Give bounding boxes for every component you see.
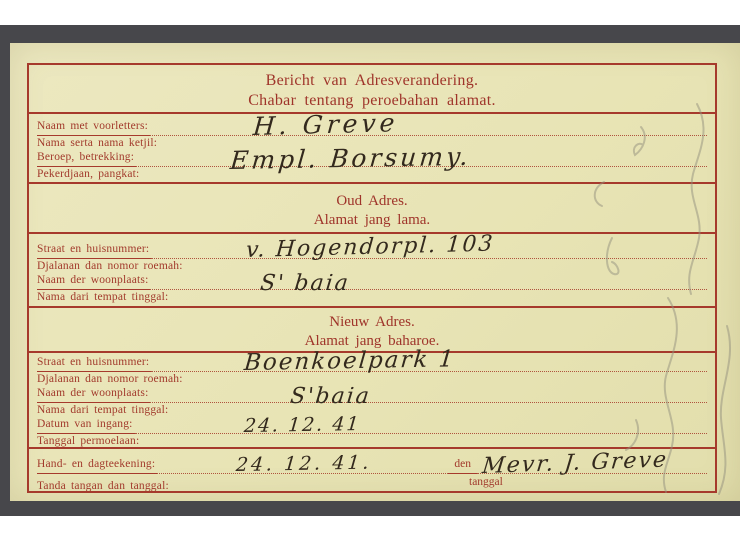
handwritten-signature: Mevr. J. Greve: [481, 447, 669, 479]
label-den: den: [448, 458, 477, 474]
label-old-street-nl: Straat en huisnummer:: [37, 243, 151, 259]
label-old-street-my: Djalanan dan nomor roemah:: [37, 259, 707, 274]
label-old-city-nl: Naam der woonplaats:: [37, 274, 150, 290]
label-signature-nl: Hand- en dagteekening:: [37, 458, 157, 474]
handwritten-old-city: S' baia: [259, 271, 351, 296]
handwritten-occupation: Empl. Borsumy.: [229, 142, 472, 175]
write-line: [150, 274, 707, 290]
handwritten-signature-date: 24. 12. 41.: [235, 452, 373, 476]
label-new-city-nl: Naam der woonplaats:: [37, 387, 150, 403]
label-new-city-my: Nama dari tempat tinggal:: [37, 403, 707, 418]
card-border-frame: Bericht van Adresverandering. Chabar ten…: [27, 63, 717, 493]
identity-section: Naam met voorletters: H. Greve Nama sert…: [29, 114, 715, 184]
label-naam-nl: Naam met voorletters:: [37, 120, 150, 136]
field-new-city: Naam der woonplaats: S'baia Nama dari te…: [37, 387, 707, 418]
old-address-header-my: Alamat jang lama.: [29, 211, 715, 230]
label-beroep-nl: Beroep, betrekking:: [37, 151, 136, 167]
write-line: [150, 120, 707, 136]
label-signature-my: Tanda tangan dan tanggal:: [37, 480, 169, 492]
postcard-scan: Bericht van Adresverandering. Chabar ten…: [10, 43, 740, 501]
handwritten-start-date: 24. 12. 41: [243, 413, 362, 437]
old-address-header: Oud Adres. Alamat jang lama.: [29, 184, 715, 234]
write-line: [150, 387, 707, 403]
new-address-section: Straat en huisnummer: Boenkoelpark 1 Dja…: [29, 353, 715, 449]
old-address-section: Straat en huisnummer: v. Hogendorpl. 103…: [29, 234, 715, 308]
new-address-header: Nieuw Adres. Alamat jang baharoe.: [29, 308, 715, 353]
handwritten-name: H. Greve: [252, 108, 400, 141]
label-start-date-nl: Datum van ingang:: [37, 418, 135, 434]
field-old-city: Naam der woonplaats: S' baia Nama dari t…: [37, 274, 707, 305]
label-start-date-my: Tanggal permoelaan:: [37, 434, 707, 449]
title-dutch: Bericht van Adresverandering.: [29, 71, 715, 91]
write-line: [135, 418, 707, 434]
field-new-street: Straat en huisnummer: Boenkoelpark 1 Dja…: [37, 356, 707, 387]
card-title-block: Bericht van Adresverandering. Chabar ten…: [29, 65, 715, 114]
label-new-street-nl: Straat en huisnummer:: [37, 356, 151, 372]
field-start-date: Datum van ingang: 24. 12. 41 Tanggal per…: [37, 418, 707, 449]
signature-section: Hand- en dagteekening: den Mevr. J. Grev…: [29, 449, 715, 491]
handwritten-new-city: S'baia: [289, 384, 372, 409]
handwritten-new-street: Boenkoelpark 1: [243, 346, 456, 376]
field-old-street: Straat en huisnummer: v. Hogendorpl. 103…: [37, 243, 707, 274]
new-address-header-nl: Nieuw Adres.: [29, 313, 715, 332]
label-old-city-my: Nama dari tempat tinggal:: [37, 290, 707, 305]
signature-write-line: Mevr. J. Greve: [477, 458, 707, 474]
old-address-header-nl: Oud Adres.: [29, 192, 715, 211]
field-occupation: Beroep, betrekking: Empl. Borsumy. Peker…: [37, 151, 707, 182]
